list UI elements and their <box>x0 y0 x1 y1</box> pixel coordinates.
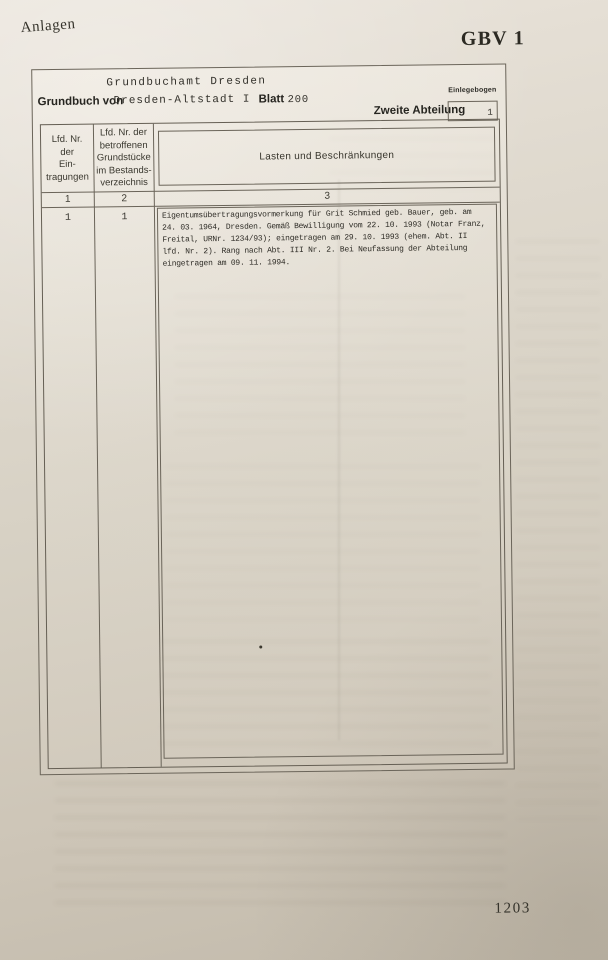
einlegebogen-number: 1 <box>487 108 493 118</box>
page-number: 1203 <box>494 900 531 917</box>
page-content: Anlagen GBV 1 Grundbuchamt Dresden Grund… <box>0 0 608 960</box>
ink-speck <box>259 646 262 649</box>
blatt-label: Blatt <box>259 93 285 105</box>
grundbuch-value: Dresden-Altstadt I <box>114 94 251 108</box>
page-section-label: Anlagen <box>20 16 76 37</box>
blatt-value: 200 <box>288 94 309 106</box>
office-name: Grundbuchamt Dresden <box>106 75 266 89</box>
lasten-entry-text: Eigentumsübertragungsvormerkung für Grit… <box>162 207 495 271</box>
register-table: Lfd. Nr. der Ein- tragungen Lfd. Nr. der… <box>40 119 508 770</box>
grundbuch-label: Grundbuch von <box>38 95 124 108</box>
einlegebogen-label: Einlegebogen <box>408 87 496 95</box>
book-page: Anlagen GBV 1 Grundbuchamt Dresden Grund… <box>0 0 608 960</box>
column-header-lasten-box: Lasten und Beschränkungen <box>158 127 496 186</box>
column-header-lfd-nr: Lfd. Nr. der Ein- tragungen <box>41 134 94 185</box>
entry-grundstueck-nr: 1 <box>95 212 154 224</box>
column-header-grundstuecke: Lfd. Nr. der betroffenen Grundstücke im … <box>94 127 154 191</box>
lasten-entry-box: Eigentumsübertragungsvormerkung für Grit… <box>157 204 504 759</box>
grundbuch-form: Grundbuchamt Dresden Grundbuch von Dresd… <box>31 64 515 776</box>
column-header-lasten: Lasten und Beschränkungen <box>259 150 394 163</box>
entry-lfd-nr: 1 <box>42 213 94 225</box>
form-code-label: GBV 1 <box>461 27 525 51</box>
column-number-2: 2 <box>95 193 154 205</box>
column-number-1: 1 <box>42 194 94 206</box>
